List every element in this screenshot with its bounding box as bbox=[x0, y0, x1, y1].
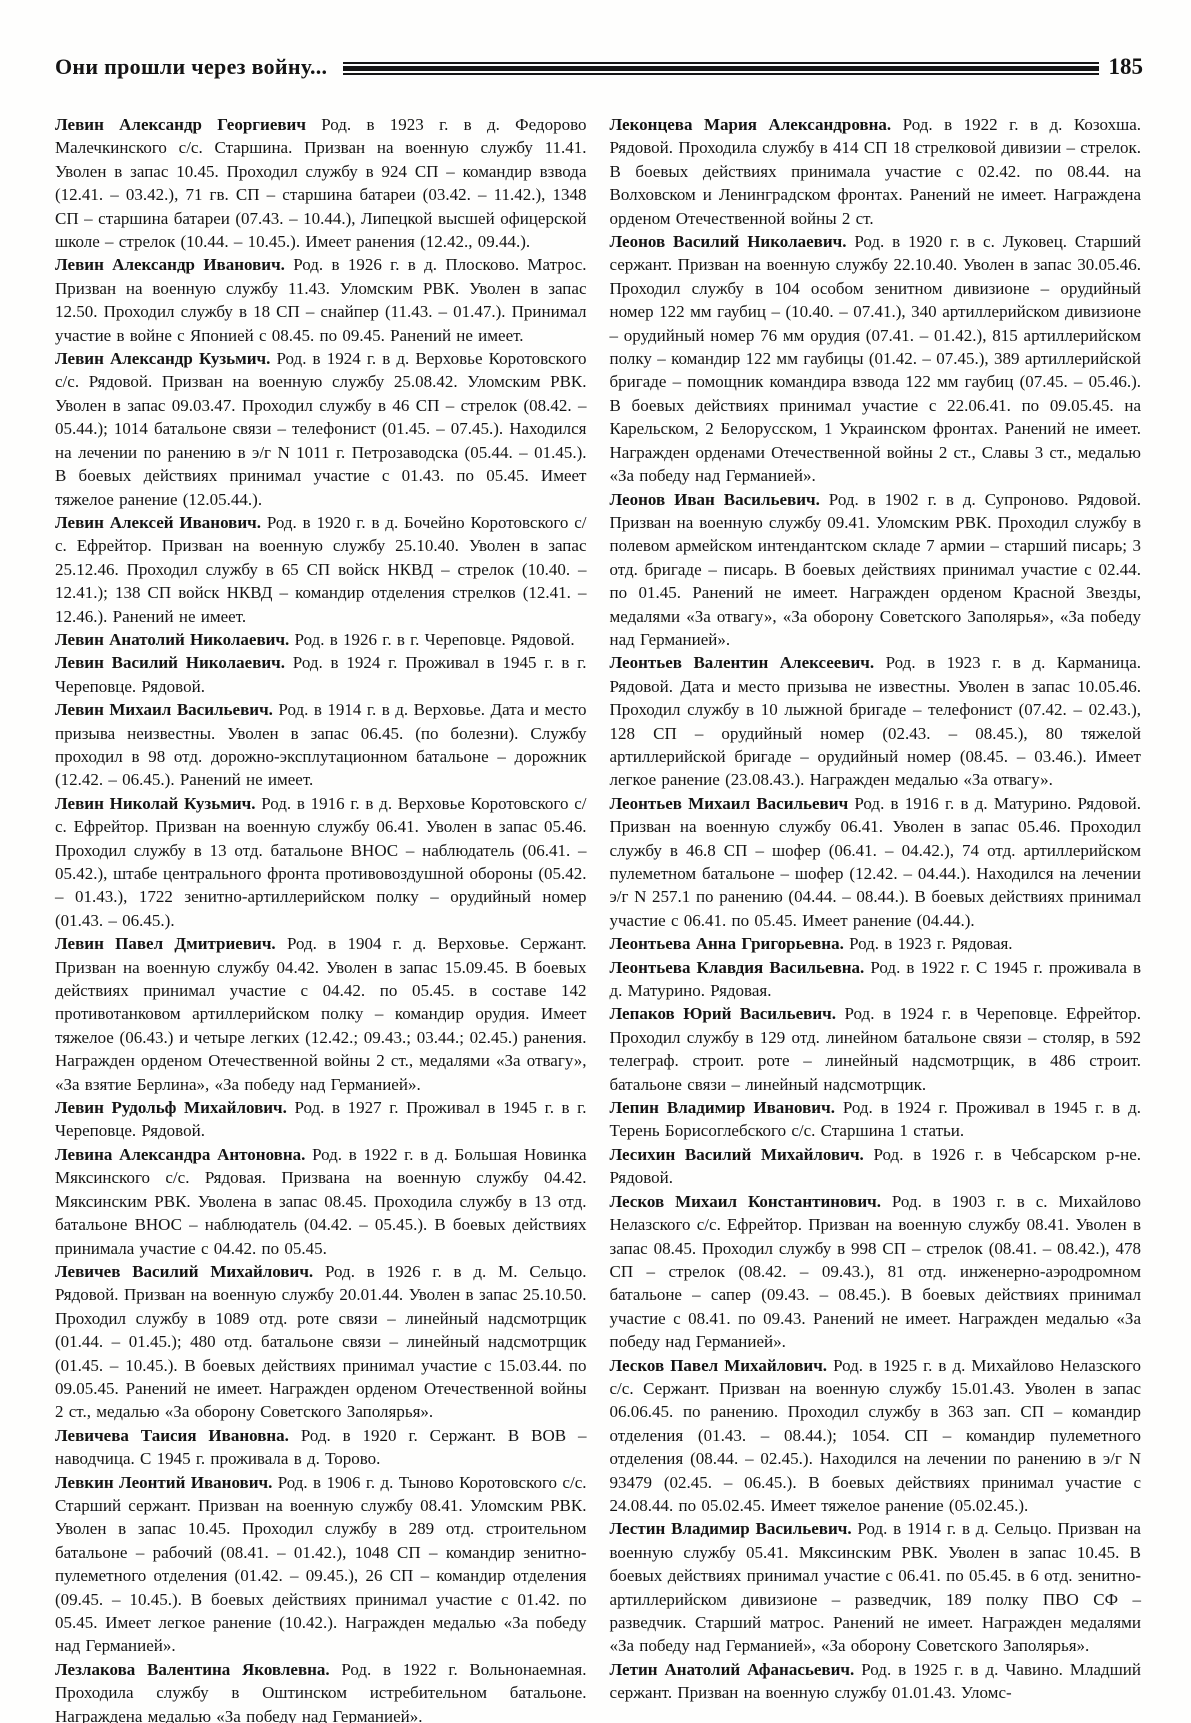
veteran-name: Левин Николай Кузьмич. bbox=[55, 794, 261, 813]
veteran-record-text: Род. в 1926 г. в д. М. Сельцо. Рядовой. … bbox=[55, 1262, 587, 1421]
veteran-entry: Лесихин Василий Михайлович. Род. в 1926 … bbox=[610, 1143, 1142, 1190]
veteran-name: Леонов Иван Васильевич. bbox=[610, 490, 829, 509]
veteran-entry: Левина Александра Антоновна. Род. в 1922… bbox=[55, 1143, 587, 1260]
veteran-name: Летин Анатолий Афанасьевич. bbox=[610, 1660, 862, 1679]
veteran-name: Левичев Василий Михайлович. bbox=[55, 1262, 325, 1281]
veteran-name: Левин Александр Кузьмич. bbox=[55, 349, 277, 368]
veteran-name: Левкин Леонтий Иванович. bbox=[55, 1473, 278, 1492]
veteran-entry: Левин Алексей Иванович. Род. в 1920 г. в… bbox=[55, 511, 587, 628]
veteran-record-text: Род. в 1920 г. в с. Луковец. Старший сер… bbox=[610, 232, 1142, 485]
left-column: Левин Александр Георгиевич Род. в 1923 г… bbox=[55, 113, 587, 1723]
veteran-name: Леонтьев Валентин Алексеевич. bbox=[610, 653, 886, 672]
veteran-name: Леконцева Мария Александровна. bbox=[610, 115, 903, 134]
veteran-name: Левина Александра Антоновна. bbox=[55, 1145, 312, 1164]
veteran-name: Лезлакова Валентина Яковлевна. bbox=[55, 1660, 341, 1679]
veteran-name: Лепин Владимир Иванович. bbox=[610, 1098, 843, 1117]
veteran-entry: Левичева Таисия Ивановна. Род. в 1920 г.… bbox=[55, 1424, 587, 1471]
running-head: Они прошли через войну... 185 bbox=[55, 54, 1143, 80]
veteran-entry: Леонтьев Валентин Алексеевич. Род. в 192… bbox=[610, 651, 1142, 791]
veteran-entry: Лесков Михаил Константинович. Род. в 190… bbox=[610, 1190, 1142, 1354]
veteran-name: Леонтьева Анна Григорьевна. bbox=[610, 934, 850, 953]
veteran-record-text: Род. в 1914 г. в д. Сельцо. Призван на в… bbox=[610, 1519, 1142, 1655]
veteran-entry: Лестин Владимир Васильевич. Род. в 1914 … bbox=[610, 1517, 1142, 1657]
page-number: 185 bbox=[1109, 54, 1144, 80]
veteran-name: Левин Александр Георгиевич bbox=[55, 115, 321, 134]
veteran-name: Левин Михаил Васильевич. bbox=[55, 700, 278, 719]
veteran-entry: Левин Александр Кузьмич. Род. в 1924 г. … bbox=[55, 347, 587, 511]
veteran-record-text: Род. в 1916 г. в д. Матурино. Рядовой. П… bbox=[610, 794, 1142, 930]
veteran-entry: Левкин Леонтий Иванович. Род. в 1906 г. … bbox=[55, 1471, 587, 1658]
veteran-name: Леонтьев Михаил Васильевич bbox=[610, 794, 855, 813]
veteran-name: Левин Алексей Иванович. bbox=[55, 513, 267, 532]
header-rule bbox=[343, 62, 1098, 75]
veteran-name: Левин Анатолий Николаевич. bbox=[55, 630, 295, 649]
veteran-entry: Леонтьев Михаил Васильевич Род. в 1916 г… bbox=[610, 792, 1142, 932]
veteran-name: Леонов Василий Николаевич. bbox=[610, 232, 855, 251]
veteran-record-text: Род. в 1916 г. в д. Верховье Коротовског… bbox=[55, 794, 587, 930]
veteran-entry: Леонов Василий Николаевич. Род. в 1920 г… bbox=[610, 230, 1142, 487]
veteran-entry: Леонтьева Анна Григорьевна. Род. в 1923 … bbox=[610, 932, 1142, 955]
veteran-record-text: Род. в 1923 г. в д. Карманица. Рядовой. … bbox=[610, 653, 1142, 789]
veteran-name: Лесков Павел Михайлович. bbox=[610, 1356, 834, 1375]
veteran-name: Леонтьева Клавдия Васильевна. bbox=[610, 958, 871, 977]
veteran-record-text: Род. в 1904 г. д. Верховье. Сержант. При… bbox=[55, 934, 587, 1093]
veteran-name: Левин Василий Николаевич. bbox=[55, 653, 293, 672]
veteran-name: Лепаков Юрий Васильевич. bbox=[610, 1004, 845, 1023]
right-column: Леконцева Мария Александровна. Род. в 19… bbox=[610, 113, 1142, 1723]
running-head-title: Они прошли через войну... bbox=[55, 54, 327, 80]
veteran-name: Левичева Таисия Ивановна. bbox=[55, 1426, 301, 1445]
veteran-entry: Левин Николай Кузьмич. Род. в 1916 г. в … bbox=[55, 792, 587, 932]
veteran-record-text: Род. в 1906 г. д. Тыново Коротовского с/… bbox=[55, 1473, 587, 1656]
veteran-record-text: Род. в 1903 г. в с. Михайлово Нелазского… bbox=[610, 1192, 1142, 1351]
veteran-entry: Левин Анатолий Николаевич. Род. в 1926 г… bbox=[55, 628, 587, 651]
veteran-entry: Левин Михаил Васильевич. Род. в 1914 г. … bbox=[55, 698, 587, 792]
veteran-name: Левин Александр Иванович. bbox=[55, 255, 293, 274]
veteran-record-text: Род. в 1923 г. Рядовая. bbox=[849, 934, 1012, 953]
book-page: Они прошли через войну... 185 Левин Алек… bbox=[0, 0, 1191, 1723]
veteran-entry: Левин Василий Николаевич. Род. в 1924 г.… bbox=[55, 651, 587, 698]
veteran-entry: Левин Александр Иванович. Род. в 1926 г.… bbox=[55, 253, 587, 347]
page-content: Левин Александр Георгиевич Род. в 1923 г… bbox=[55, 113, 1141, 1723]
veteran-record-text: Род. в 1924 г. в д. Верховье Коротовског… bbox=[55, 349, 587, 508]
veteran-record-text: Род. в 1923 г. в д. Федорово Малечкинско… bbox=[55, 115, 587, 251]
veteran-record-text: Род. в 1925 г. в д. Михайлово Нелазского… bbox=[610, 1356, 1142, 1515]
veteran-name: Лестин Владимир Васильевич. bbox=[610, 1519, 858, 1538]
veteran-name: Левин Рудольф Михайлович. bbox=[55, 1098, 294, 1117]
veteran-entry: Левин Рудольф Михайлович. Род. в 1927 г.… bbox=[55, 1096, 587, 1143]
veteran-entry: Левин Павел Дмитриевич. Род. в 1904 г. д… bbox=[55, 932, 587, 1096]
veteran-name: Лесихин Василий Михайлович. bbox=[610, 1145, 874, 1164]
veteran-entry: Лепаков Юрий Васильевич. Род. в 1924 г. … bbox=[610, 1002, 1142, 1096]
veteran-entry: Левин Александр Георгиевич Род. в 1923 г… bbox=[55, 113, 587, 253]
veteran-name: Левин Павел Дмитриевич. bbox=[55, 934, 287, 953]
veteran-record-text: Род. в 1926 г. в г. Череповце. Рядовой. bbox=[295, 630, 575, 649]
veteran-entry: Леонов Иван Васильевич. Род. в 1902 г. в… bbox=[610, 488, 1142, 652]
veteran-entry: Левичев Василий Михайлович. Род. в 1926 … bbox=[55, 1260, 587, 1424]
veteran-entry: Леонтьева Клавдия Васильевна. Род. в 192… bbox=[610, 956, 1142, 1003]
veteran-entry: Летин Анатолий Афанасьевич. Род. в 1925 … bbox=[610, 1658, 1142, 1705]
veteran-name: Лесков Михаил Константинович. bbox=[610, 1192, 892, 1211]
veteran-entry: Лепин Владимир Иванович. Род. в 1924 г. … bbox=[610, 1096, 1142, 1143]
veteran-entry: Лезлакова Валентина Яковлевна. Род. в 19… bbox=[55, 1658, 587, 1723]
veteran-entry: Леконцева Мария Александровна. Род. в 19… bbox=[610, 113, 1142, 230]
veteran-entry: Лесков Павел Михайлович. Род. в 1925 г. … bbox=[610, 1354, 1142, 1518]
veteran-record-text: Род. в 1902 г. в д. Супроново. Рядовой. … bbox=[610, 490, 1142, 649]
